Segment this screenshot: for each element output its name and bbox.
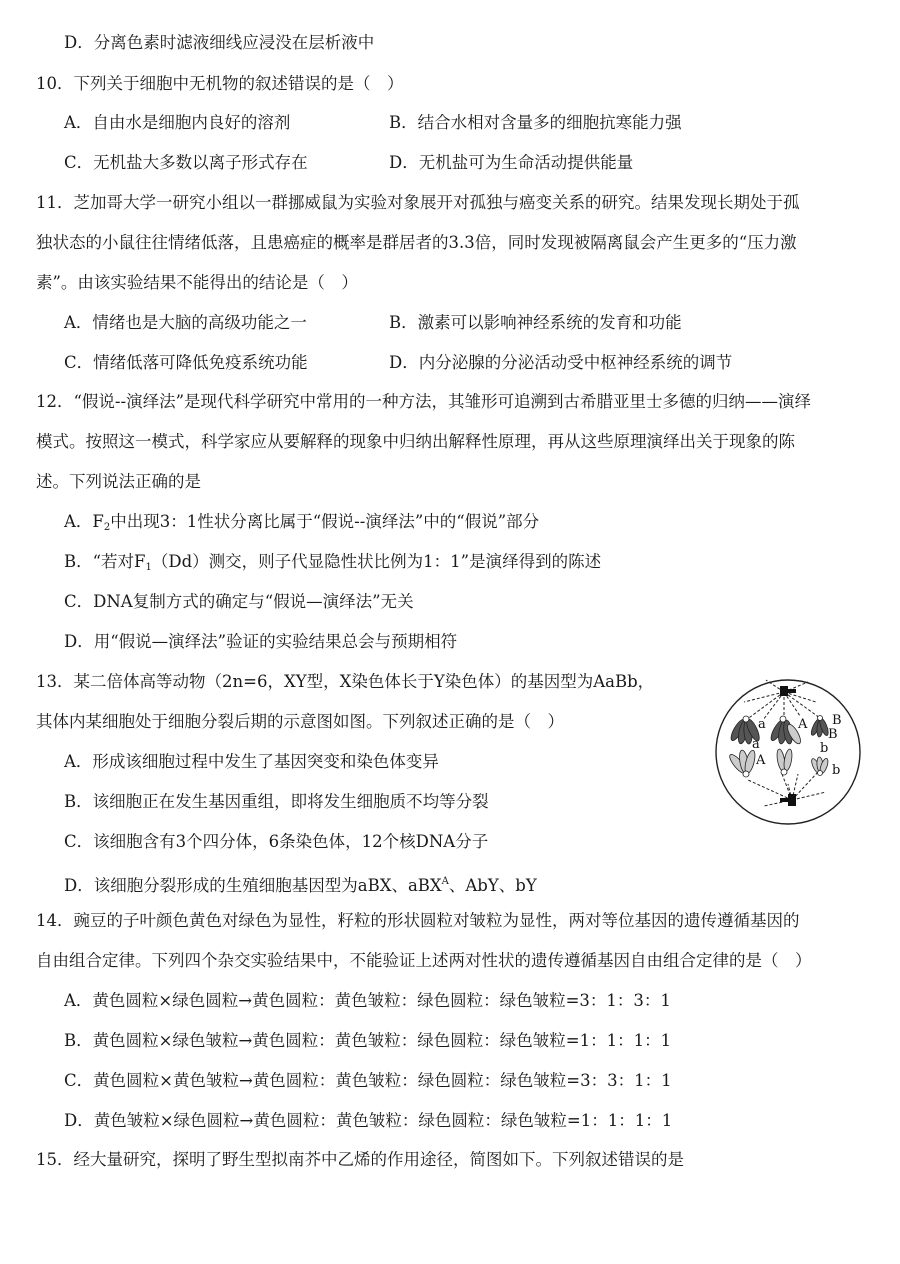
svg-text:a: a — [752, 737, 760, 752]
q11-stem-line3: 素”。由该实验结果不能得出的结论是（ ） — [36, 273, 358, 293]
q12-option-b-text: B．“若对F — [64, 552, 146, 571]
q14-option-d: D．黄色皱粒×绿色圆粒→黄色圆粒：黄色皱粒：绿色圆粒：绿色皱粒=1：1：1：1 — [64, 1111, 672, 1131]
svg-text:B: B — [832, 713, 842, 728]
q13-option-b: B．该细胞正在发生基因重组，即将发生细胞质不均等分裂 — [64, 792, 489, 812]
q13-option-d-text: D．该细胞分裂形成的生殖细胞基因型为aBX、aBX — [64, 876, 442, 895]
q12-stem-line2: 模式。按照这一模式，科学家应从要解释的现象中归纳出解释性原理，再从这些原理演绎出… — [36, 432, 795, 452]
q13-option-d-text: 、AbY、bY — [449, 876, 537, 895]
q13-stem-line2: 其体内某细胞处于细胞分裂后期的示意图如图。下列叙述正确的是（ ） — [36, 712, 564, 732]
svg-text:b: b — [820, 741, 828, 756]
q13-option-a: A．形成该细胞过程中发生了基因突变和染色体变异 — [64, 752, 439, 772]
q12-option-b-text: （Dd）测交，则子代显隐性状比例为1：1”是演绎得到的陈述 — [152, 552, 601, 571]
svg-text:b: b — [832, 763, 840, 778]
q13-option-c: C．该细胞含有3个四分体，6条染色体，12个核DNA分子 — [64, 832, 488, 852]
q15-stem: 15．经大量研究，探明了野生型拟南芥中乙烯的作用途径，简图如下。下列叙述错误的是 — [36, 1150, 684, 1170]
q14-stem-line2: 自由组合定律。下列四个杂交实验结果中，不能验证上述两对性状的遗传遵循基因自由组合… — [36, 951, 812, 971]
q12-option-a: A．F2中出现3：1性状分离比属于“假说--演绎法”中的“假说”部分 — [64, 512, 539, 538]
q12-option-a-text: 中出现3：1性状分离比属于“假说--演绎法”中的“假说”部分 — [110, 512, 539, 531]
superscript: A — [442, 876, 449, 887]
svg-text:A: A — [755, 753, 766, 768]
q12-option-a-text: A．F — [64, 512, 104, 531]
q12-option-d: D．用“假说—演绎法”验证的实验结果总会与预期相符 — [64, 632, 457, 652]
q14-option-a: A．黄色圆粒×绿色圆粒→黄色圆粒：黄色皱粒：绿色圆粒：绿色皱粒=3：1：3：1 — [64, 991, 671, 1011]
q10-option-c: C．无机盐大多数以离子形式存在 — [64, 153, 308, 173]
q14-option-b: B．黄色圆粒×绿色皱粒→黄色圆粒：黄色皱粒：绿色圆粒：绿色皱粒=1：1：1：1 — [64, 1031, 671, 1051]
q10-stem: 10．下列关于细胞中无机物的叙述错误的是（ ） — [36, 74, 404, 94]
q14-option-c: C．黄色圆粒×黄色皱粒→黄色圆粒：黄色皱粒：绿色圆粒：绿色皱粒=3：3：1：1 — [64, 1071, 672, 1091]
q10-option-d: D．无机盐可为生命活动提供能量 — [389, 153, 633, 173]
q9-option-d: D．分离色素时滤液细线应浸没在层析液中 — [64, 33, 374, 53]
q12-option-b: B．“若对F1（Dd）测交，则子代显隐性状比例为1：1”是演绎得到的陈述 — [64, 552, 601, 578]
q11-stem-line1: 11．芝加哥大学一研究小组以一群挪威鼠为实验对象展开对孤独与癌变关系的研究。结果… — [36, 193, 800, 213]
q12-stem-line1: 12．“假说--演绎法”是现代科学研究中常用的一种方法，其雏形可追溯到古希腊亚里… — [36, 392, 811, 412]
q13-stem-line1: 13．某二倍体高等动物（2n=6，XY型，X染色体长于Y染色体）的基因型为AaB… — [36, 672, 654, 692]
q12-option-c: C．DNA复制方式的确定与“假说—演绎法”无关 — [64, 592, 414, 612]
cell-division-diagram: a A B B a A b b — [708, 672, 868, 832]
q14-stem-line1: 14．豌豆的子叶颜色黄色对绿色为显性，籽粒的形状圆粒对皱粒为显性，两对等位基因的… — [36, 911, 800, 931]
q12-stem-line3: 述。下列说法正确的是 — [36, 472, 201, 492]
svg-text:A: A — [797, 717, 808, 732]
q10-option-a: A．自由水是细胞内良好的溶剂 — [64, 113, 290, 133]
q11-option-d: D．内分泌腺的分泌活动受中枢神经系统的调节 — [389, 353, 732, 373]
q11-option-a: A．情绪也是大脑的高级功能之一 — [64, 313, 307, 333]
q11-option-c: C．情绪低落可降低免疫系统功能 — [64, 353, 308, 373]
q11-stem-line2: 独状态的小鼠往往情绪低落，且患癌症的概率是群居者的3.3倍，同时发现被隔离鼠会产… — [36, 233, 797, 253]
q10-option-b: B．结合水相对含量多的细胞抗寒能力强 — [389, 113, 682, 133]
q13-option-d: D．该细胞分裂形成的生殖细胞基因型为aBX、aBXA、AbY、bY — [64, 872, 537, 896]
q11-option-b: B．激素可以影响神经系统的发育和功能 — [389, 313, 682, 333]
svg-text:a: a — [758, 717, 766, 732]
svg-text:B: B — [828, 727, 838, 742]
